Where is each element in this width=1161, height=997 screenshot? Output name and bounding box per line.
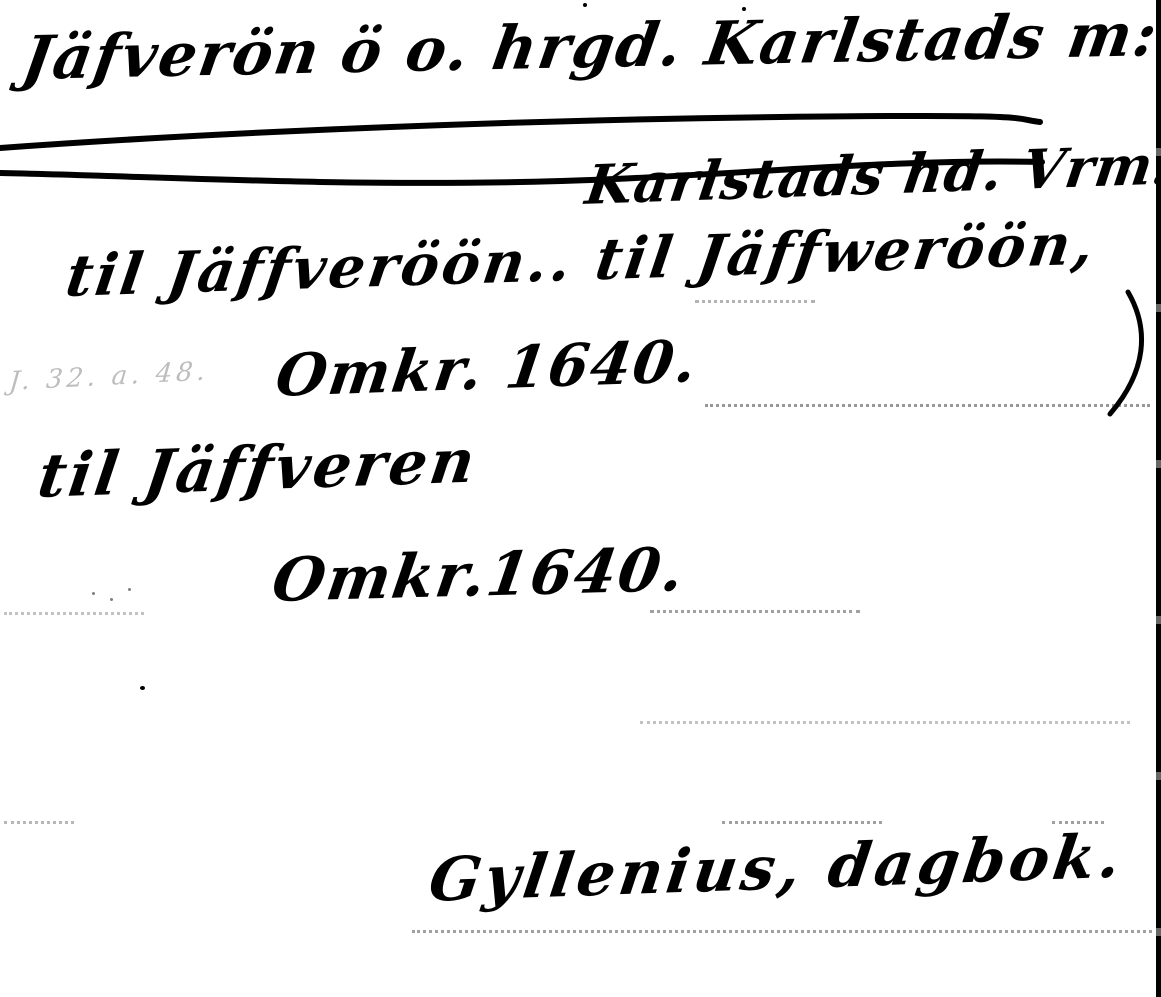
- date-line-1: Omkr. 1640.: [272, 330, 702, 409]
- date-line-2: Omkr.1640.: [268, 537, 690, 614]
- headword-rest: ö o. hrgd. Karlstads m:: [336, 0, 1161, 87]
- ink-speckle: [140, 686, 145, 690]
- ink-speckle: [128, 588, 131, 591]
- source-citation: Gyllenius, dagbok.: [425, 823, 1129, 914]
- ink-speckle: [92, 592, 95, 595]
- archive-slip-scan: Jäfverönö o. hrgd. Karlstads m: Karlstad…: [0, 0, 1161, 997]
- ink-speckle: [583, 3, 587, 7]
- headword: Jäfverön: [18, 20, 326, 92]
- headword-line: Jäfverönö o. hrgd. Karlstads m:: [18, 2, 1161, 92]
- dotted-rule: [640, 721, 1130, 724]
- archive-stamp: J. 32. a. 48.: [8, 357, 210, 396]
- dotted-rule: [650, 610, 860, 613]
- dotted-rule: [4, 821, 74, 824]
- district-line: Karlstads hd. Vrm:: [582, 135, 1161, 215]
- ink-speckle: [110, 598, 113, 601]
- excerpt-line-1: til Jäffveröön.. til Jäffweröön,: [62, 213, 1101, 308]
- dotted-rule: [412, 930, 1152, 933]
- scan-edge: [1156, 0, 1161, 997]
- dotted-rule: [4, 612, 144, 615]
- dotted-rule: [722, 821, 882, 824]
- comma-flourish-stroke: [1110, 292, 1142, 414]
- dotted-rule: [705, 404, 1150, 407]
- dotted-rule: [695, 300, 815, 303]
- excerpt-line-2: til Jäffveren: [34, 428, 482, 510]
